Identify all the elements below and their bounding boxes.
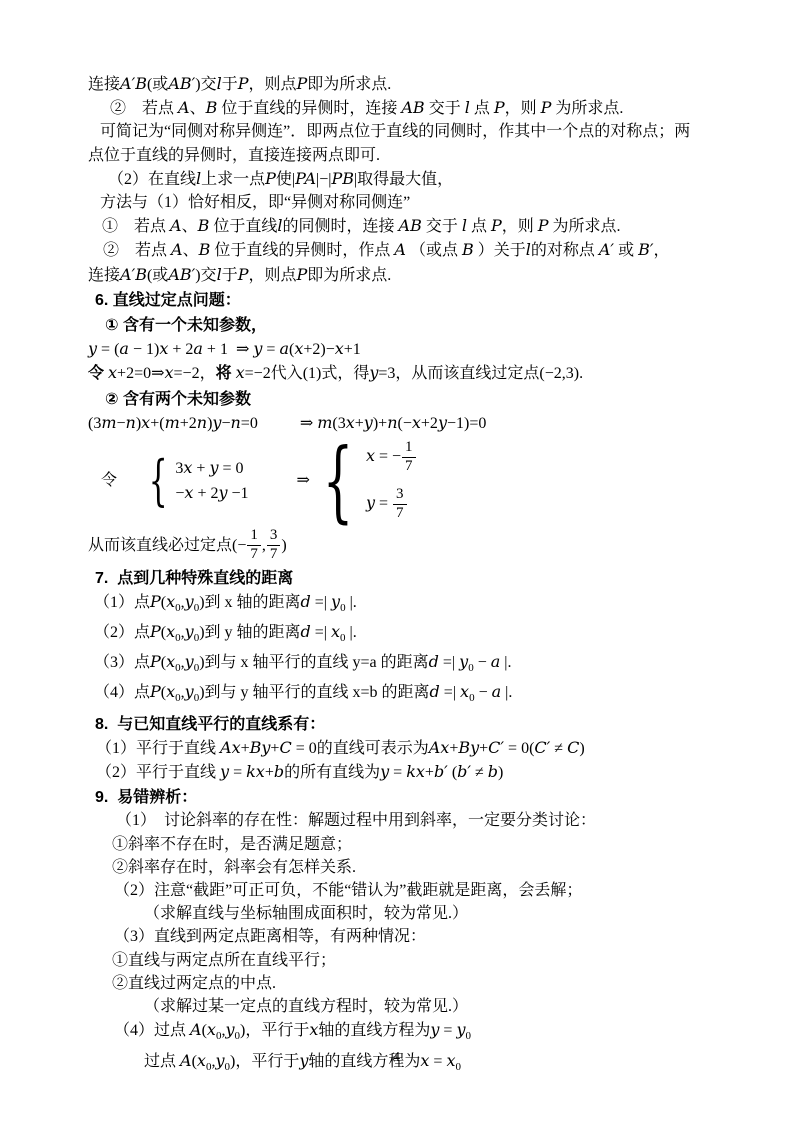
text-run: ⇒ — [300, 415, 317, 432]
text-run: + — [241, 740, 250, 757]
text-run: ⇒ — [297, 469, 310, 492]
text-run: P — [150, 622, 161, 641]
text-run: （2）在直线 — [108, 171, 196, 188]
text-run: |−| — [316, 171, 331, 188]
brace-glyph: { — [323, 439, 354, 523]
text-run: ②斜率存在时，斜率会有怎样关系. — [112, 859, 356, 876]
item-9-2: （2）注意“截距”可正可负，不能“错认为”截距就是距离，会丢解； — [88, 879, 748, 902]
equation-stack: 3x + y = 0−x + 2y −1 — [175, 457, 248, 505]
text-run: )交 — [195, 267, 216, 284]
text-run: = 0的直线可表示为 — [292, 740, 429, 757]
brace-glyph: { — [149, 455, 168, 506]
text-run: =0 — [241, 415, 258, 432]
text-run: AB — [399, 216, 422, 235]
fraction: 37 — [393, 487, 407, 522]
text-run: x — [294, 339, 303, 358]
text-run: B — [199, 240, 211, 259]
text-run: =3，从而该直线过定点(−2,3). — [378, 365, 583, 382]
item-7-3: （3）点P(x0,y0)到与 x 轴平行的直线 y=a 的距离d =| y0 −… — [88, 650, 748, 680]
text-run: x — [141, 413, 150, 432]
text-run: (3 — [88, 415, 101, 432]
text-run: )+ — [373, 415, 387, 432]
text-run: y — [380, 762, 389, 781]
text-run: b — [488, 762, 498, 781]
text-run: ，则点 — [249, 76, 297, 93]
text-run: By — [458, 738, 479, 757]
item-7-2: （2）点P(x0,y0)到 y 轴的距离d =| x0 |. — [88, 620, 748, 650]
text-run: = — [262, 341, 279, 358]
text-run: AB — [401, 98, 424, 117]
equation-row: x = −17 — [366, 440, 417, 475]
text-run: = — [229, 764, 246, 781]
text-run: ) — [498, 764, 503, 781]
text-run: x — [166, 682, 175, 701]
text-run: y — [88, 339, 97, 358]
heading-7: 7. 点到几种特殊直线的距离 — [88, 567, 748, 590]
text-run: 令 — [88, 365, 104, 382]
text-run: =−2代入(1)式，得 — [245, 365, 370, 382]
text-run: 即为所求点. — [307, 267, 391, 284]
text-run: = 0 — [218, 460, 243, 477]
text-run: ② 若点 — [110, 100, 178, 117]
text-run: =| — [311, 594, 331, 611]
text-run: x — [236, 363, 245, 382]
text-run: x — [366, 446, 375, 465]
text-run: A — [171, 240, 183, 259]
text-run: （1） 讨论斜率的存在性：解题过程中用到斜率，一定要分类讨论： — [116, 812, 596, 829]
text-run: 6. 直线过定点问题： — [95, 292, 241, 309]
text-run: 令 — [101, 469, 117, 492]
text-run: x — [166, 652, 175, 671]
text-run: m — [101, 413, 116, 432]
text-run: +2=0⇒ — [117, 365, 164, 382]
text-run: 9. 易错辨析： — [95, 789, 197, 806]
text-run: （1）点 — [94, 594, 150, 611]
text-run: n — [126, 413, 136, 432]
text-run: 取得最大值， — [357, 171, 453, 188]
text-run: 即为所求点. — [307, 76, 391, 93]
text-run: ① 含有一个未知参数， — [105, 317, 267, 334]
item-7-1: （1）点P(x0,y0)到 x 轴的距离d =| y0 |. — [88, 590, 748, 620]
text-run: （求解直线与坐标轴围成面积时，较为常见.） — [144, 905, 468, 922]
text-run: =−2， — [174, 365, 216, 382]
text-run: (或 — [147, 76, 168, 93]
text-run: 点位于直线的异侧时，直接连接两点即可. — [88, 147, 380, 164]
text-run: = − — [375, 448, 401, 465]
text-run: ②直线过两定点的中点. — [112, 975, 276, 992]
text-run: = — [375, 495, 392, 512]
item-9-1-circle1: ①斜率不存在时，是否满足题意； — [88, 833, 748, 856]
text-run: 、 — [182, 218, 198, 235]
text-run: a — [492, 682, 502, 701]
text-run: a — [119, 339, 129, 358]
text-run: =| — [440, 684, 460, 701]
text-run: C′ — [534, 738, 550, 757]
item-circle1-same-side: ① 若点 A、B 位于直线l的同侧时，连接 AB 交于 l 点 P，则 P 为所… — [88, 214, 748, 238]
text-run: − — [475, 684, 492, 701]
item-9-3-circle1: ①直线与两定点所在直线平行； — [88, 949, 748, 972]
text-run: +( — [150, 415, 164, 432]
text-run: A′ — [599, 240, 614, 259]
text-run: )交 — [195, 76, 216, 93]
text-run: 可简记为“同侧对称异侧连”．即两点位于直线的同侧时，作其中一个点的对称点；两 — [100, 123, 690, 140]
text-run: ( — [448, 764, 457, 781]
text-run: ≠ — [471, 764, 488, 781]
text-run: （3）点 — [94, 654, 150, 671]
text-run: （1）平行于直线 — [96, 740, 220, 757]
text-run: |. — [346, 594, 357, 611]
text-run: （2）点 — [94, 624, 150, 641]
text-run: （4）点 — [94, 684, 150, 701]
formula-two-parameters: (3m−n)x+(m+2n)y−n=0⇒ m(3x+y)+n(−x+2y−1)=… — [88, 411, 748, 435]
text-run: （3）直线到两定点距离相等，有两种情况： — [114, 928, 426, 945]
text-run: 方法与（1）恰好相反，即“异侧对称同侧连” — [100, 194, 410, 211]
equation-row: 3x + y = 0 — [175, 457, 248, 480]
text-run: C — [567, 738, 579, 757]
equation-row: y = 37 — [366, 487, 417, 522]
text-run: 将 — [216, 365, 232, 382]
text-run: −1)=0 — [447, 415, 486, 432]
fraction: 17 — [402, 440, 416, 475]
fraction-denominator: 7 — [402, 458, 416, 475]
text-run: x — [166, 622, 175, 641]
text-run: （4）过点 — [114, 1022, 190, 1039]
text-run: ①斜率不存在时，是否满足题意； — [112, 836, 352, 853]
equation-row: −x + 2y −1 — [175, 482, 248, 505]
text-run: 位于直线的异侧时，连接 — [217, 100, 401, 117]
item-8-2: （2）平行于直线 y = kx+b的所有直线为y = kx+b′ (b′ ≠ b… — [88, 760, 748, 784]
text-run: |. — [500, 654, 511, 671]
text-run: b′ — [434, 762, 448, 781]
text-run: C — [279, 738, 291, 757]
text-run: + 2 — [193, 485, 218, 502]
fraction-numerator: 3 — [267, 528, 281, 546]
text-run: ①直线与两定点所在直线平行； — [112, 952, 336, 969]
text-run: P — [150, 682, 161, 701]
text-run: m — [165, 413, 180, 432]
text-run: +2)− — [303, 341, 334, 358]
text-run: + — [192, 460, 209, 477]
text-run: + — [479, 740, 488, 757]
text-run: 、 — [183, 242, 199, 259]
text-run: x — [108, 363, 117, 382]
text-run: （2）注意“截距”可正可负，不能“错认为”截距就是距离，会丢解； — [114, 882, 582, 899]
text-run: x — [207, 1020, 216, 1039]
text-run: （求解过某一定点的直线方程时，较为常见.） — [144, 998, 468, 1015]
text-run: 从而该直线必过定点(− — [88, 534, 246, 557]
line-mnemonic-1: 可简记为“同侧对称异侧连”．即两点位于直线的同侧时，作其中一个点的对称点；两 — [88, 120, 748, 143]
text-run: y — [185, 682, 194, 701]
heading-8: 8. 与已知直线平行的直线系有： — [88, 713, 748, 736]
text-run: B — [198, 216, 210, 235]
text-run: n — [230, 413, 240, 432]
text-run: 的所有直线为 — [284, 764, 380, 781]
item-2-max-difference: （2）在直线l上求一点P使|PA|−|PB|取得最大值， — [88, 167, 748, 191]
text-run: + 2 — [168, 341, 193, 358]
text-run: x — [165, 363, 174, 382]
heading-6: 6. 直线过定点问题： — [88, 289, 748, 312]
text-run: 或 — [614, 242, 638, 259]
text-run: |. — [501, 684, 512, 701]
text-run: x — [335, 339, 344, 358]
text-run: y — [220, 762, 229, 781]
text-run: ， — [653, 242, 669, 259]
item-9-1-circle2: ②斜率存在时，斜率会有怎样关系. — [88, 856, 748, 879]
text-run: + — [265, 764, 274, 781]
text-run: d — [430, 682, 440, 701]
line-solve-one-parameter: 令 x+2=0⇒x=−2，将 x=−2代入(1)式，得y=3，从而该直线过定点(… — [88, 361, 748, 385]
text-run: x — [159, 339, 168, 358]
document-page: 连接A′B(或AB′)交l于P，则点P即为所求点.② 若点 A、B 位于直线的异… — [0, 0, 793, 1122]
text-run: PB — [331, 169, 354, 188]
text-run: 于 — [222, 267, 238, 284]
text-run: ≠ — [550, 740, 567, 757]
text-run: = ( — [97, 341, 119, 358]
page-footer: 4 — [0, 1050, 793, 1066]
text-run: 交于 — [425, 100, 465, 117]
item-9-1: （1） 讨论斜率的存在性：解题过程中用到斜率，一定要分类讨论： — [88, 809, 748, 832]
text-run: 的同侧时，连接 — [283, 218, 399, 235]
text-run: A — [178, 98, 190, 117]
fraction-numerator: 1 — [247, 528, 261, 546]
text-run: 8. 与已知直线平行的直线系有： — [95, 716, 325, 733]
text-run: 7. 点到几种特殊直线的距离 — [95, 570, 293, 587]
text-run: y — [331, 592, 340, 611]
text-run: P — [538, 216, 549, 235]
line-fixed-point-result: 从而该直线必过定点(−17,37) — [88, 527, 748, 565]
text-run: By — [250, 738, 271, 757]
text-run: Ax — [429, 738, 450, 757]
text-run: x — [331, 622, 340, 641]
text-run: ) — [281, 534, 286, 557]
text-run: 点 — [467, 218, 491, 235]
text-run: A′B — [120, 265, 147, 284]
text-run: 的对称点 — [531, 242, 599, 259]
text-run: y — [218, 483, 227, 502]
fraction-denominator: 7 — [393, 505, 407, 522]
text-run: （2）平行于直线 — [96, 764, 220, 781]
text-run: ）关于 — [474, 242, 526, 259]
text-run: b — [274, 762, 284, 781]
text-run: 连接 — [88, 267, 120, 284]
text-run: 上求一点 — [201, 171, 265, 188]
text-run: AB′ — [168, 74, 195, 93]
text-run: x — [460, 682, 469, 701]
text-run: Ax — [220, 738, 241, 757]
text-run: y — [366, 493, 375, 512]
text-run: (− — [398, 415, 412, 432]
text-run: 交于 — [422, 218, 462, 235]
text-run: y — [459, 652, 468, 671]
text-run: 轴的直线方程为 — [318, 1022, 430, 1039]
note-9-3: （求解过某一定点的直线方程时，较为常见.） — [88, 995, 748, 1018]
text-run: 0 — [466, 1030, 472, 1042]
formula-one-parameter: y = (a − 1)x + 2a + 1 ⇒ y = a(x+2)−x+1 — [88, 337, 748, 361]
text-run: =| — [311, 624, 331, 641]
text-run: 为所求点. — [549, 218, 621, 235]
text-run: + 1 ⇒ — [203, 341, 253, 358]
equation-system: 令{3x + y = 0−x + 2y −1⇒{x = −17y = 37 — [88, 439, 748, 523]
text-run: d — [301, 592, 311, 611]
text-run: kx — [406, 762, 425, 781]
text-run: ② 若点 — [103, 242, 171, 259]
text-run: P — [150, 592, 161, 611]
fraction-numerator: 3 — [393, 487, 407, 505]
text-run: P — [150, 652, 161, 671]
text-run: b′ — [457, 762, 471, 781]
text-run: A — [394, 240, 406, 259]
item-circle2-symmetric: ② 若点 A、B 位于直线的异侧时，作点 A （或点 B ）关于l的对称点 A′… — [88, 238, 748, 262]
text-run: y — [185, 592, 194, 611]
text-run: n — [197, 413, 207, 432]
text-run: y — [185, 652, 194, 671]
line-mnemonic-2: 点位于直线的异侧时，直接连接两点即可. — [88, 144, 748, 167]
text-run: a — [193, 339, 203, 358]
text-run: (或 — [147, 267, 168, 284]
text-run: kx — [246, 762, 265, 781]
item-circle2-opposite-side: ② 若点 A、B 位于直线的异侧时，连接 AB 交于 l 点 P，则 P 为所求… — [88, 96, 748, 120]
fraction-denominator: 7 — [247, 546, 261, 563]
text-run: ) — [579, 740, 584, 757]
text-run: PA — [295, 169, 316, 188]
text-run: +2 — [421, 415, 438, 432]
text-run: = — [439, 1022, 456, 1039]
text-run: n — [387, 413, 397, 432]
text-run: − — [474, 654, 491, 671]
text-run: )到与 x 轴平行的直线 y=a 的距离 — [199, 654, 428, 671]
fraction-denominator: 7 — [267, 546, 281, 563]
text-run: y — [456, 1020, 465, 1039]
text-run: x — [166, 592, 175, 611]
text-run: B′ — [638, 240, 653, 259]
text-run: ，平行于 — [245, 1022, 309, 1039]
text-run: + — [449, 740, 458, 757]
subheading-6-1: ① 含有一个未知参数， — [88, 314, 748, 337]
text-run: +1 — [344, 341, 361, 358]
text-run: A′B — [120, 74, 147, 93]
text-run: P — [297, 74, 308, 93]
text-run: C′ — [488, 738, 504, 757]
text-run: a — [491, 652, 501, 671]
text-run: 于 — [222, 76, 238, 93]
text-run: − 1) — [129, 341, 159, 358]
text-run: P — [494, 98, 505, 117]
text-run: P — [238, 74, 249, 93]
line-method-opposite: 方法与（1）恰好相反，即“异侧对称同侧连” — [88, 191, 748, 214]
text-run: = — [389, 764, 406, 781]
text-run: P — [238, 265, 249, 284]
text-run: A — [190, 1020, 202, 1039]
text-run: , — [262, 534, 266, 557]
text-run: d — [429, 652, 439, 671]
item-8-1: （1）平行于直线 Ax+By+C = 0的直线可表示为Ax+By+C′ = 0(… — [88, 736, 748, 760]
text-run: y — [185, 622, 194, 641]
text-run: = 0( — [504, 740, 534, 757]
text-run: 位于直线的异侧时，作点 — [210, 242, 394, 259]
text-run: − — [117, 415, 126, 432]
text-run: +2 — [180, 415, 197, 432]
text-run: ，则 — [505, 100, 541, 117]
text-run: a — [279, 339, 289, 358]
text-run: ① 若点 — [102, 218, 170, 235]
text-run: x — [412, 413, 421, 432]
text-run: y — [364, 413, 373, 432]
fraction: 37 — [267, 528, 281, 563]
text-run: （或点 — [406, 242, 462, 259]
document-body: 连接A′B(或AB′)交l于P，则点P即为所求点.② 若点 A、B 位于直线的异… — [88, 72, 748, 1079]
text-run: x — [309, 1020, 318, 1039]
text-run: −1 — [228, 485, 249, 502]
text-run: 、 — [190, 100, 206, 117]
text-run: d — [301, 622, 311, 641]
note-9-2: （求解直线与坐标轴围成面积时，较为常见.） — [88, 902, 748, 925]
text-run: y — [438, 413, 447, 432]
text-run: + — [425, 764, 434, 781]
text-run: )到 y 轴的距离 — [199, 624, 300, 641]
text-run: P — [541, 98, 552, 117]
item-9-4a: （4）过点 A(x0,y0)，平行于x轴的直线方程为y = y0 — [88, 1018, 748, 1048]
text-run: )到 x 轴的距离 — [199, 594, 300, 611]
item-9-3-circle2: ②直线过两定点的中点. — [88, 972, 748, 995]
item-7-4: （4）点P(x0,y0)到与 y 轴平行的直线 x=b 的距离d =| x0 −… — [88, 680, 748, 710]
text-run: P — [265, 169, 276, 188]
text-run: P — [297, 265, 308, 284]
page-number: 4 — [393, 1050, 400, 1065]
text-run: ，则点 — [249, 267, 297, 284]
text-run: |. — [346, 624, 357, 641]
text-run: ② 含有两个未知参数 — [105, 391, 251, 408]
text-run: )到与 y 轴平行的直线 x=b 的距离 — [199, 684, 429, 701]
text-run: 位于直线 — [209, 218, 277, 235]
text-run: AB′ — [168, 265, 195, 284]
text-run: 使 — [276, 171, 292, 188]
line-connect-symmetric-point-2: 连接A′B(或AB′)交l于P，则点P即为所求点. — [88, 263, 748, 287]
text-run: + — [355, 415, 364, 432]
fraction-numerator: 1 — [402, 440, 416, 458]
text-run: =| — [439, 654, 459, 671]
item-9-3: （3）直线到两定点距离相等，有两种情况： — [88, 925, 748, 948]
text-run: A — [170, 216, 182, 235]
subheading-6-2: ② 含有两个未知参数 — [88, 388, 748, 411]
text-run: P — [491, 216, 502, 235]
heading-9: 9. 易错辨析： — [88, 786, 748, 809]
text-run: B — [206, 98, 218, 117]
text-run: 为所求点. — [551, 100, 623, 117]
text-run: ，则 — [502, 218, 538, 235]
fraction: 17 — [247, 528, 261, 563]
equation-stack: x = −17y = 37 — [366, 440, 417, 521]
line-connect-symmetric-point: 连接A′B(或AB′)交l于P，则点P即为所求点. — [88, 72, 748, 96]
text-run: B — [462, 240, 474, 259]
text-run: 连接 — [88, 76, 120, 93]
text-run: 点 — [470, 100, 494, 117]
